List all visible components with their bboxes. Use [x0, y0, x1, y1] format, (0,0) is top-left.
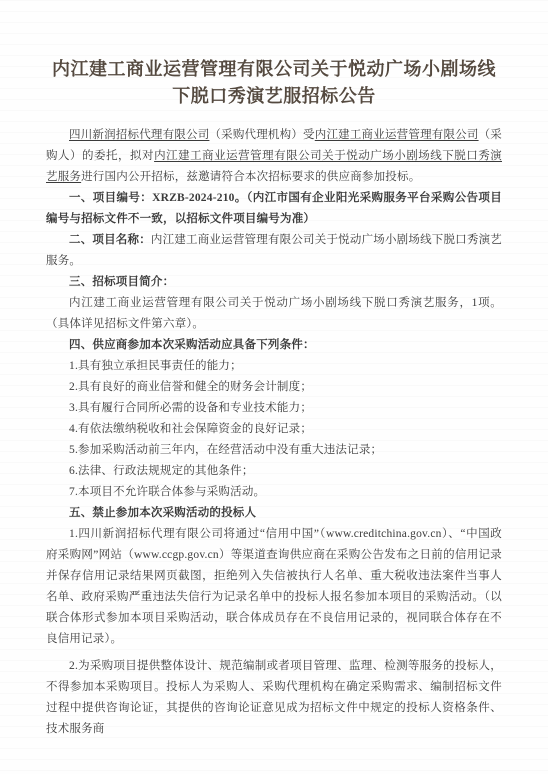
page-title: 内江建工商业运营管理有限公司关于悦动广场小剧场线下脱口秀演艺服招标公告	[46, 56, 502, 110]
project-name-label: 二、项目名称：	[69, 234, 151, 246]
prohibited-bidders-paragraph-1: 1.四川新润招标代理有限公司将通过“信用中国”（www.creditchina.…	[46, 524, 502, 650]
section-project-number: 一、项目编号：XRZB-2024-210。（内江市国有企业阳光采购服务平台采购公…	[46, 188, 502, 230]
intro-paragraph: 四川新润招标代理有限公司（采购代理机构）受内江建工商业运营管理有限公司（采购人）…	[46, 125, 502, 188]
condition-item-3: 3.具有履行合同所必需的设备和专业技术能力；	[46, 398, 502, 419]
section-heading-prohibited-bidders: 五、禁止参加本次采购活动的投标人	[46, 503, 502, 524]
section-project-name: 二、项目名称：内江建工商业运营管理有限公司关于悦动广场小剧场线下脱口秀演艺服务。	[46, 230, 502, 272]
project-intro-body: 内江建工商业运营管理有限公司关于悦动广场小剧场线下脱口秀演艺服务，1项。（具体详…	[46, 293, 502, 335]
section-heading-project-intro: 三、招标项目简介：	[46, 272, 502, 293]
intro-text: （采购代理机构）受	[209, 129, 314, 141]
prohibited-bidders-paragraph-2: 2.为采购项目提供整体设计、规范编制或者项目管理、监理、检测等服务的投标人，不得…	[46, 656, 502, 740]
condition-item-7: 7.本项目不允许联合体参与采购活动。	[46, 482, 502, 503]
condition-item-1: 1.具有独立承担民事责任的能力；	[46, 356, 502, 377]
document-page: 内江建工商业运营管理有限公司关于悦动广场小剧场线下脱口秀演艺服招标公告 四川新润…	[0, 0, 548, 774]
condition-item-6: 6.法律、行政法规规定的其他条件；	[46, 461, 502, 482]
intro-purchaser-name: 内江建工商业运营管理有限公司	[315, 129, 479, 141]
intro-agency-name: 四川新润招标代理有限公司	[69, 129, 209, 141]
condition-item-4: 4.有依法缴纳税收和社会保障资金的良好记录；	[46, 419, 502, 440]
intro-text: 进行国内公开招标，兹邀请符合本次招标要求的供应商参加投标。	[81, 171, 420, 183]
section-heading-supplier-conditions: 四、供应商参加本次采购活动应具备下列条件：	[46, 335, 502, 356]
condition-item-5: 5.参加采购活动前三年内，在经营活动中没有重大违法记录；	[46, 440, 502, 461]
condition-item-2: 2.具有良好的商业信誉和健全的财务会计制度；	[46, 377, 502, 398]
